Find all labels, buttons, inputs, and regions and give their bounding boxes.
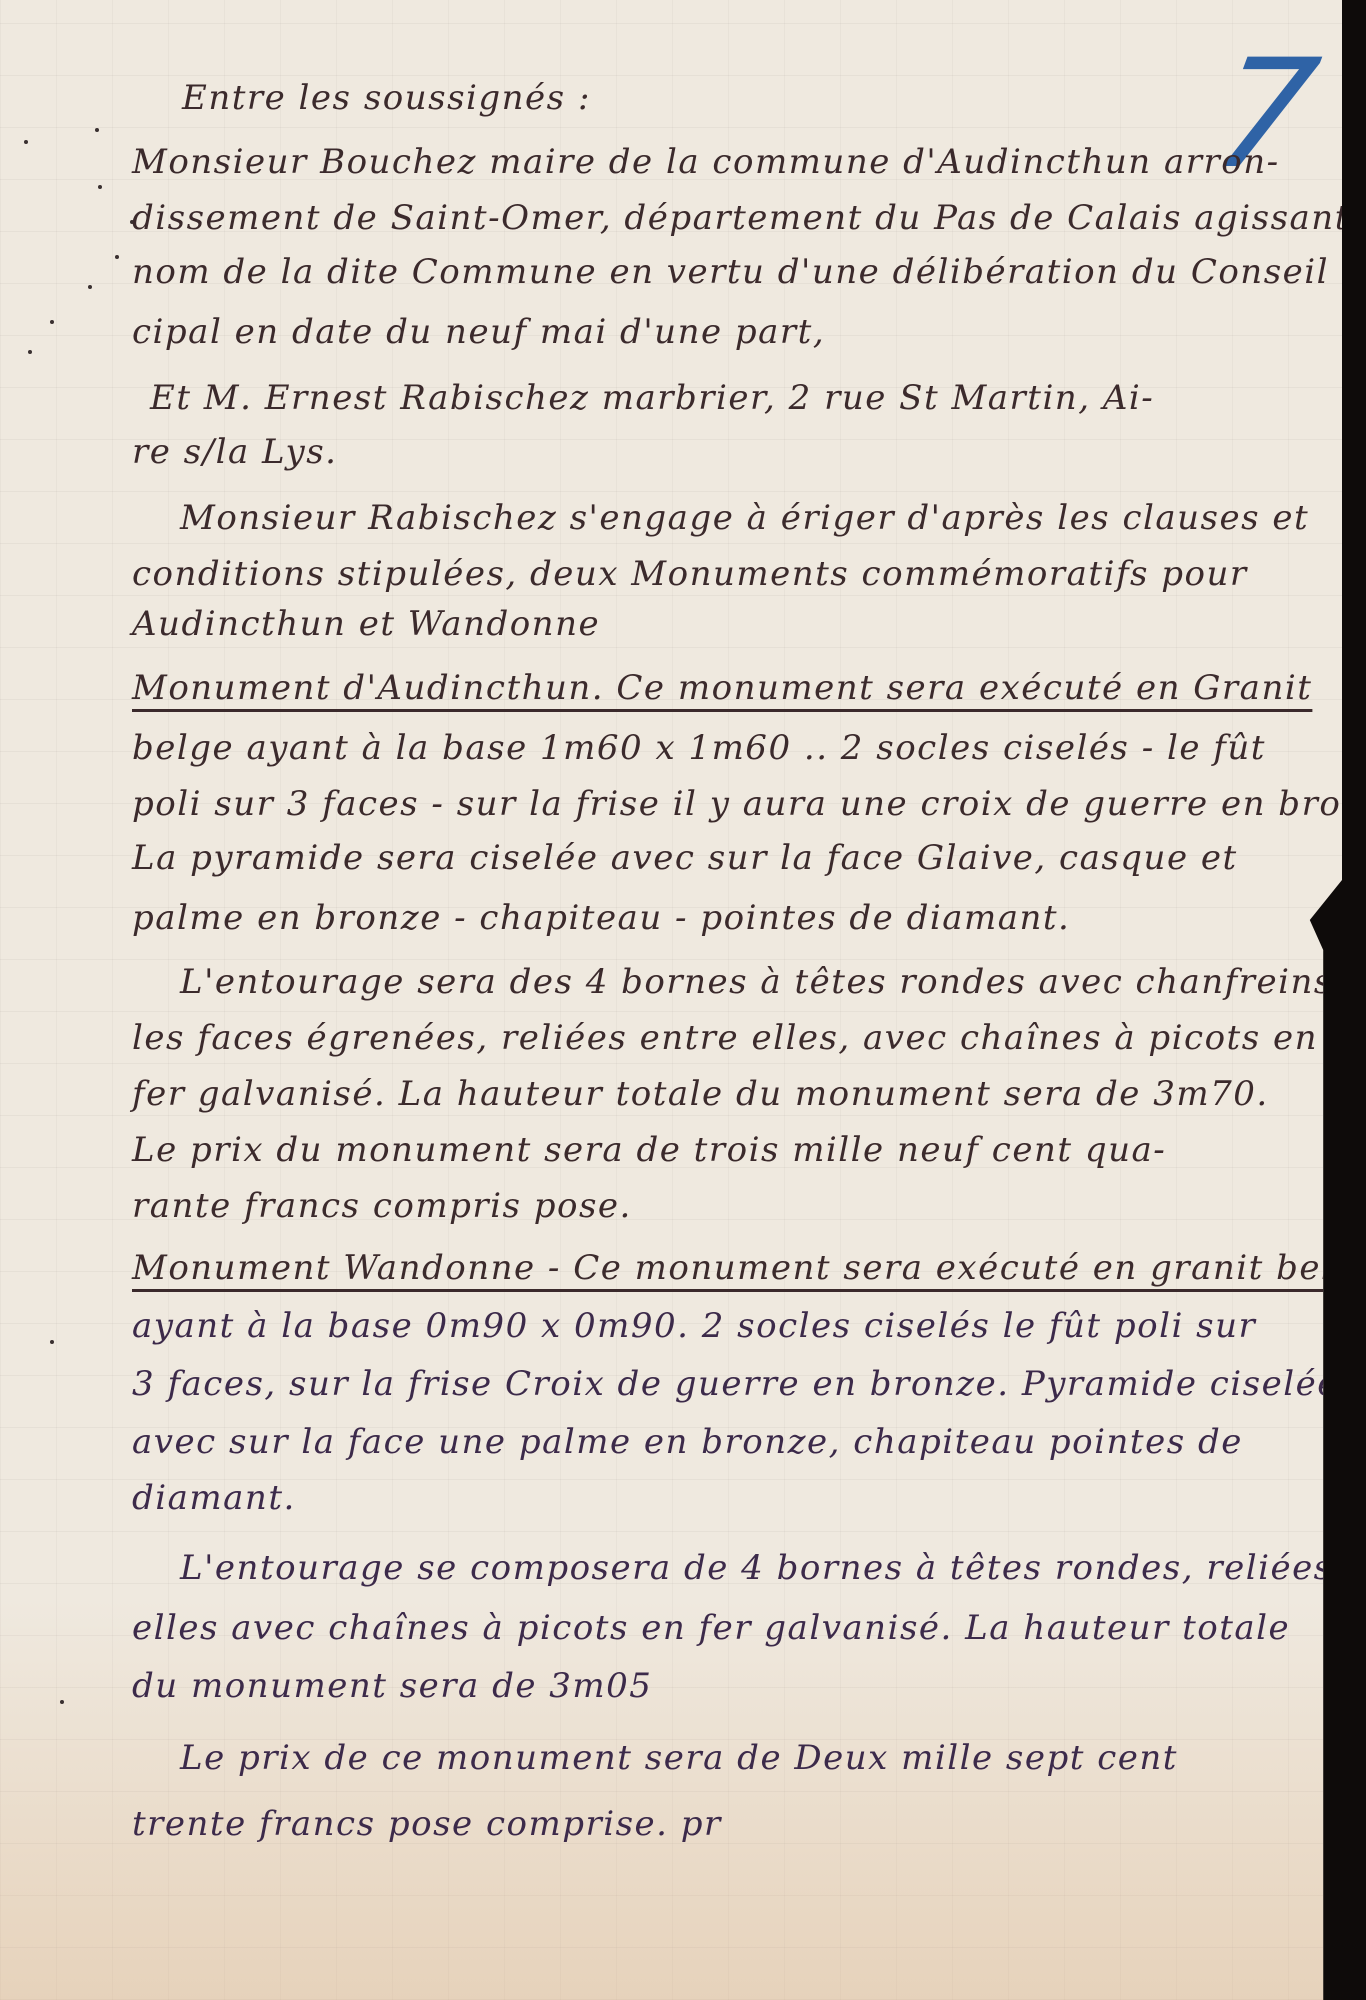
text-line: L'entourage se composera de 4 bornes à t… [180, 1548, 1366, 1588]
text-line: conditions stipulées, deux Monuments com… [132, 554, 1248, 594]
text-line: avec sur la face une palme en bronze, ch… [132, 1422, 1243, 1462]
text-line: nom de la dite Commune en vertu d'une dé… [132, 252, 1366, 292]
text-line: re s/la Lys. [132, 432, 337, 472]
text-line: Monsieur Bouchez maire de la commune d'A… [132, 142, 1280, 182]
text-line: les faces égrenées, reliées entre elles,… [132, 1018, 1318, 1058]
text-line: Entre les soussignés : [182, 78, 591, 118]
text-line: ayant à la base 0m90 x 0m90. 2 socles ci… [132, 1306, 1256, 1346]
section-heading-wandonne: Monument Wandonne - Ce monument sera exé… [132, 1248, 1366, 1288]
text-line: L'entourage sera des 4 bornes à têtes ro… [180, 962, 1333, 1002]
text-line: Audincthun et Wandonne [132, 604, 600, 644]
handwritten-page: 7 Entre les soussignés : Monsieur Bouche… [0, 0, 1342, 2000]
text-line: Et M. Ernest Rabischez marbrier, 2 rue S… [150, 378, 1154, 418]
text-line: Le prix du monument sera de trois mille … [132, 1130, 1166, 1170]
text-line: 3 faces, sur la frise Croix de guerre en… [132, 1364, 1339, 1404]
text-line: Monsieur Rabischez s'engage à ériger d'a… [180, 498, 1309, 538]
text-line: belge ayant à la base 1m60 x 1m60 .. 2 s… [132, 728, 1266, 768]
text-line: Le prix de ce monument sera de Deux mill… [180, 1738, 1178, 1778]
margin-dots [10, 80, 130, 1730]
text-line: cipal en date du neuf mai d'une part, [132, 312, 825, 352]
text-line: palme en bronze - chapiteau - pointes de… [132, 898, 1070, 938]
section-heading-audincthun: Monument d'Audincthun. Ce monument sera … [132, 668, 1312, 708]
text-line: rante francs compris pose. [132, 1186, 632, 1226]
text-line: elles avec chaînes à picots en fer galva… [132, 1608, 1290, 1648]
text-line: poli sur 3 faces - sur la frise il y aur… [132, 784, 1366, 824]
text-line: du monument sera de 3m05 [132, 1666, 652, 1706]
text-line: La pyramide sera ciselée avec sur la fac… [132, 838, 1238, 878]
text-line: fer galvanisé. La hauteur totale du monu… [132, 1074, 1269, 1114]
text-line: dissement de Saint-Omer, département du … [132, 198, 1366, 238]
text-line: trente francs pose comprise. pr [132, 1804, 722, 1844]
text-line: diamant. [132, 1478, 296, 1518]
